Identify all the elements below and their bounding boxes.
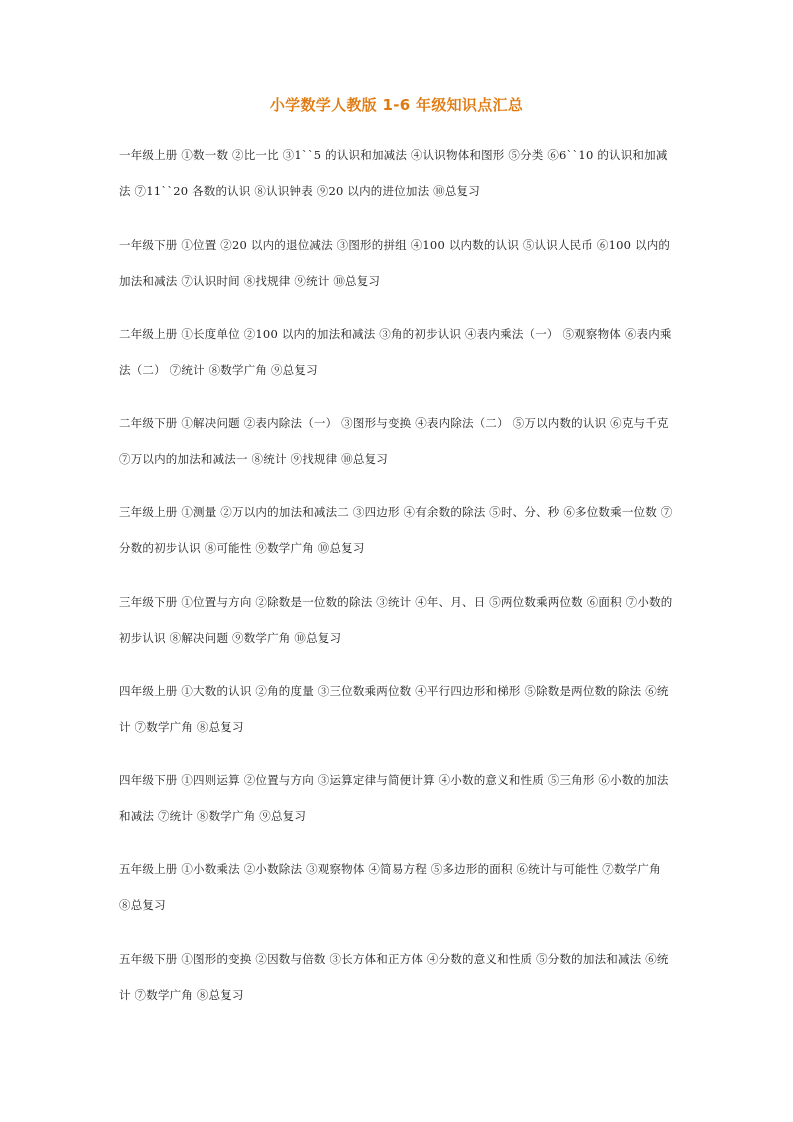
document-page: 小学数学人教版 1-6 年级知识点汇总 一年级上册 ①数一数 ②比一比 ③1``… [0, 0, 793, 1122]
section-grade4-vol1: 四年级上册 ①大数的认识 ②角的度量 ③三位数乘两位数 ④平行四边形和梯形 ⑤除… [119, 674, 675, 745]
document-title: 小学数学人教版 1-6 年级知识点汇总 [0, 94, 793, 115]
section-grade1-vol1: 一年级上册 ①数一数 ②比一比 ③1``5 的认识和加减法 ④认识物体和图形 ⑤… [119, 138, 675, 209]
section-grade2-vol2: 二年级下册 ①解决问题 ②表内除法（一） ③图形与变换 ④表内除法（二） ⑤万以… [119, 406, 675, 477]
section-grade1-vol2: 一年级下册 ①位置 ②20 以内的退位减法 ③图形的拼组 ④100 以内数的认识… [119, 228, 675, 299]
section-grade4-vol2: 四年级下册 ①四则运算 ②位置与方向 ③运算定律与简便计算 ④小数的意义和性质 … [119, 763, 675, 834]
section-grade5-vol2: 五年级下册 ①图形的变换 ②因数与倍数 ③长方体和正方体 ④分数的意义和性质 ⑤… [119, 942, 675, 1013]
section-grade3-vol1: 三年级上册 ①测量 ②万以内的加法和减法二 ③四边形 ④有余数的除法 ⑤时、分、… [119, 495, 675, 566]
section-grade5-vol1: 五年级上册 ①小数乘法 ②小数除法 ③观察物体 ④简易方程 ⑤多边形的面积 ⑥统… [119, 852, 675, 923]
section-grade2-vol1: 二年级上册 ①长度单位 ②100 以内的加法和减法 ③角的初步认识 ④表内乘法（… [119, 317, 675, 388]
section-grade3-vol2: 三年级下册 ①位置与方向 ②除数是一位数的除法 ③统计 ④年、月、日 ⑤两位数乘… [119, 585, 675, 656]
